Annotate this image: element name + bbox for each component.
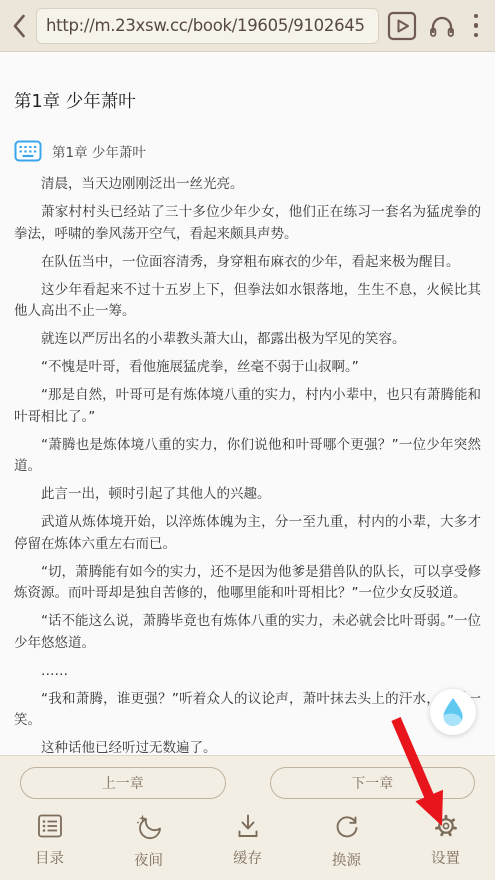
url-text: http://m.23xsw.cc/book/19605/9102645: [46, 16, 365, 35]
reader-toolbar: 目录 夜间 缓存: [0, 812, 495, 870]
chapter-heading-row: 第1章 少年萧叶: [14, 137, 481, 165]
prev-chapter-button[interactable]: 上一章: [20, 767, 226, 799]
toolbar-item-settings[interactable]: 设置: [396, 812, 495, 870]
reader-content: 第1章 少年萧叶 第1章 少年萧叶 清晨，当天边刚刚泛出一丝光亮。 萧家村村头已…: [0, 52, 495, 755]
overflow-menu-icon[interactable]: [465, 9, 487, 43]
toolbar-label: 设置: [431, 847, 460, 868]
paragraph: 在队伍当中，一位面容清秀，身穿粗布麻衣的少年，看起来极为醒目。: [14, 252, 481, 274]
headphones-icon[interactable]: [425, 9, 459, 43]
toolbar-item-contents[interactable]: 目录: [0, 812, 99, 870]
paragraph: 就连以严厉出名的小辈教头萧大山，都露出极为罕见的笑容。: [14, 329, 481, 351]
keyboard-icon[interactable]: [14, 137, 42, 165]
toolbar-label: 目录: [35, 847, 64, 868]
play-icon[interactable]: [385, 9, 419, 43]
water-drop-fab[interactable]: [430, 689, 476, 735]
chapter-heading: 第1章 少年萧叶: [52, 141, 146, 161]
paragraph: 这少年看起来不过十五岁上下，但拳法如水银落地，生生不息，火候比其他人高出不止一筹…: [14, 280, 481, 323]
gear-icon: [432, 812, 460, 840]
next-chapter-button[interactable]: 下一章: [270, 767, 476, 799]
toolbar-item-night-mode[interactable]: 夜间: [99, 812, 198, 870]
browser-topbar: http://m.23xsw.cc/book/19605/9102645: [0, 0, 495, 52]
refresh-icon: [332, 812, 362, 842]
toolbar-item-cache[interactable]: 缓存: [198, 812, 297, 870]
download-icon: [234, 812, 262, 840]
bottom-bar: 上一章 下一章 目录: [0, 755, 495, 880]
paragraph: 此言一出，顿时引起了其他人的兴趣。: [14, 484, 481, 506]
paragraph: “那是自然，叶哥可是有炼体境八重的实力，村内小辈中，也只有萧腾能和叶哥相比了。”: [14, 385, 481, 428]
list-icon: [36, 812, 64, 840]
paragraph: “我和萧腾，谁更强？”听着众人的议论声，萧叶抹去头上的汗水，微微一笑。: [14, 689, 481, 732]
paragraph: “话不能这么说，萧腾毕竟也有炼体八重的实力，未必就会比叶哥弱。”一位少年悠悠道。: [14, 611, 481, 654]
page-title: 第1章 少年萧叶: [14, 88, 481, 113]
moon-icon: [134, 812, 164, 842]
paragraph: “不愧是叶哥，看他施展猛虎拳，丝毫不弱于山叔啊。”: [14, 357, 481, 379]
water-drop-icon: [440, 697, 466, 727]
mobile-browser-screen: http://m.23xsw.cc/book/19605/9102645 第1章…: [0, 0, 495, 880]
paragraph: 萧家村村头已经站了三十多位少年少女，他们正在练习一套名为猛虎拳的拳法，呼啸的拳风…: [14, 202, 481, 245]
paragraph: 清晨，当天边刚刚泛出一丝光亮。: [14, 174, 481, 196]
toolbar-label: 缓存: [233, 847, 262, 868]
toolbar-item-change-source[interactable]: 换源: [297, 812, 396, 870]
toolbar-label: 夜间: [134, 849, 163, 870]
paragraph: 武道从炼体境开始，以淬炼体魄为主，分一至九重，村内的小辈，大多才停留在炼体六重左…: [14, 512, 481, 555]
paragraph: 这种话他已经听过无数遍了。: [14, 738, 481, 755]
back-icon[interactable]: [8, 11, 30, 41]
paragraph: ……: [14, 661, 481, 683]
toolbar-label: 换源: [332, 849, 361, 870]
url-bar[interactable]: http://m.23xsw.cc/book/19605/9102645: [36, 8, 379, 44]
paragraph: “萧腾也是炼体境八重的实力，你们说他和叶哥哪个更强？”一位少年突然道。: [14, 435, 481, 478]
chapter-pager: 上一章 下一章: [0, 756, 495, 799]
paragraph: “切，萧腾能有如今的实力，还不是因为他爹是猎兽队的队长，可以享受修炼资源。而叶哥…: [14, 562, 481, 605]
